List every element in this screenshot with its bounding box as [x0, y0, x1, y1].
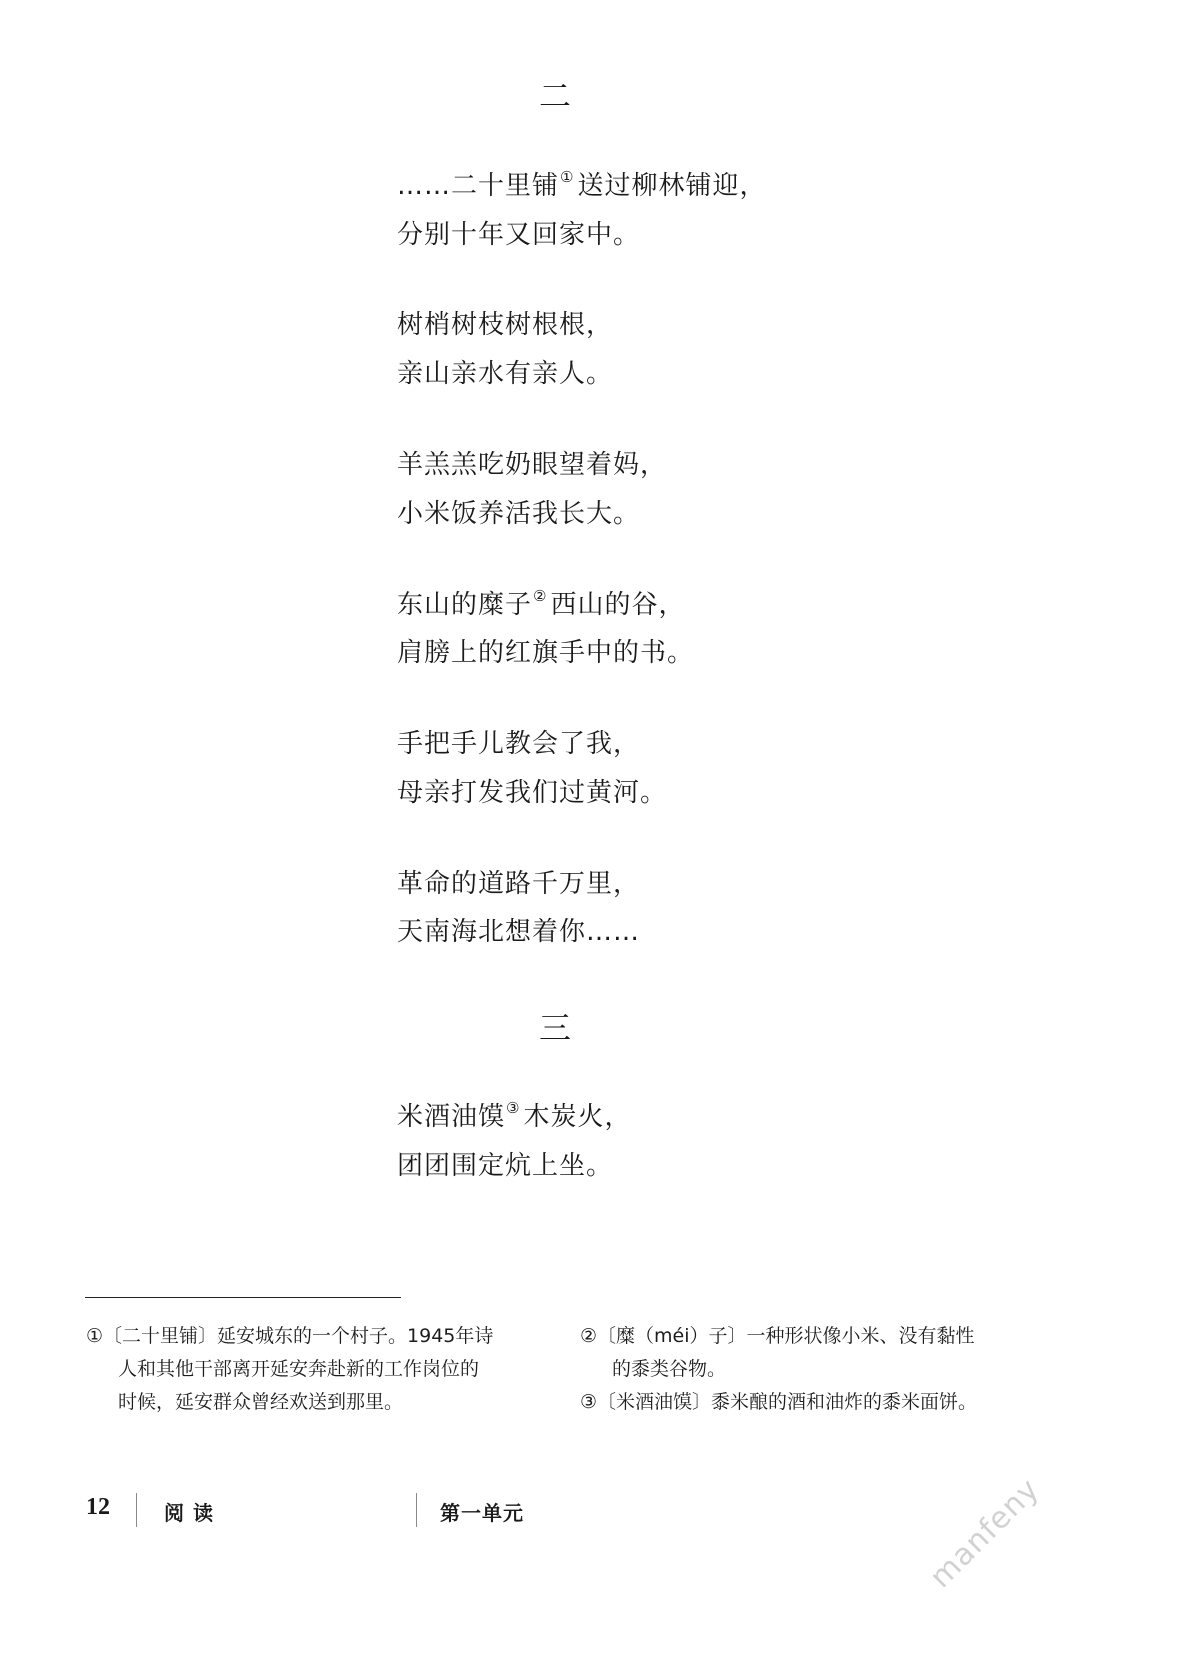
footnote-divider: [85, 1297, 401, 1298]
footnote-line: ①〔二十里铺〕延安城东的一个村子。1945年诗: [86, 1320, 493, 1353]
poem-line-text: 米酒油馍: [397, 1102, 505, 1132]
poem-line: 米酒油馍③木炭火，: [397, 1100, 631, 1134]
poem-line-text: 送过柳林铺迎，: [577, 171, 766, 201]
poem-line: ……二十里铺①送过柳林铺迎，: [397, 169, 766, 203]
footnote-ref-1[interactable]: ①: [560, 168, 574, 186]
footnote-1: ①〔二十里铺〕延安城东的一个村子。1945年诗 人和其他干部离开延安奔赴新的工作…: [86, 1320, 493, 1419]
footer-divider: [136, 1493, 137, 1527]
poem-line: 天南海北想着你……: [397, 915, 640, 949]
unit-label: 第一单元: [440, 1497, 524, 1526]
poem-line: 手把手儿教会了我，: [397, 727, 640, 761]
poem-line: 肩膀上的红旗手中的书。: [397, 636, 694, 670]
poem-line: 分别十年又回家中。: [397, 218, 640, 252]
watermark: manfeny: [923, 1472, 1046, 1595]
poem-line: 小米饭养活我长大。: [397, 497, 640, 531]
footnote-ref-2[interactable]: ②: [533, 587, 547, 605]
footnote-2: ②〔糜（méi）子〕一种形状像小米、没有黏性 的黍类谷物。: [580, 1320, 975, 1386]
section-heading-2: 二: [0, 76, 1110, 116]
footnote-line: 时候，延安群众曾经欢送到那里。: [86, 1386, 493, 1419]
footer-divider: [416, 1493, 417, 1527]
footnote-line: ③〔米酒油馍〕黍米酿的酒和油炸的黍米面饼。: [580, 1386, 977, 1419]
poem-line: 团团围定炕上坐。: [397, 1149, 613, 1183]
footnote-3: ③〔米酒油馍〕黍米酿的酒和油炸的黍米面饼。: [580, 1386, 977, 1419]
poem-line: 树梢树枝树根根，: [397, 308, 613, 342]
poem-line: 东山的糜子②西山的谷，: [397, 588, 685, 622]
poem-line: 革命的道路千万里，: [397, 867, 640, 901]
footnote-line: 的黍类谷物。: [580, 1353, 975, 1386]
poem-line: 羊羔羔吃奶眼望着妈，: [397, 448, 667, 482]
poem-line-text: 西山的谷，: [550, 590, 685, 620]
poem-line: 母亲打发我们过黄河。: [397, 776, 667, 810]
poem-line: 亲山亲水有亲人。: [397, 357, 613, 391]
book-section-label: 阅 读: [164, 1497, 214, 1526]
footnote-ref-3[interactable]: ③: [506, 1099, 520, 1117]
poem-line-text: 木炭火，: [523, 1102, 631, 1132]
poem-line-text: ……二十里铺: [397, 171, 559, 201]
page-number: 12: [86, 1494, 110, 1521]
section-heading-3: 三: [0, 1008, 1110, 1048]
footnote-line: 人和其他干部离开延安奔赴新的工作岗位的: [86, 1353, 493, 1386]
poem-line-text: 东山的糜子: [397, 590, 532, 620]
footnote-line: ②〔糜（méi）子〕一种形状像小米、没有黏性: [580, 1320, 975, 1353]
